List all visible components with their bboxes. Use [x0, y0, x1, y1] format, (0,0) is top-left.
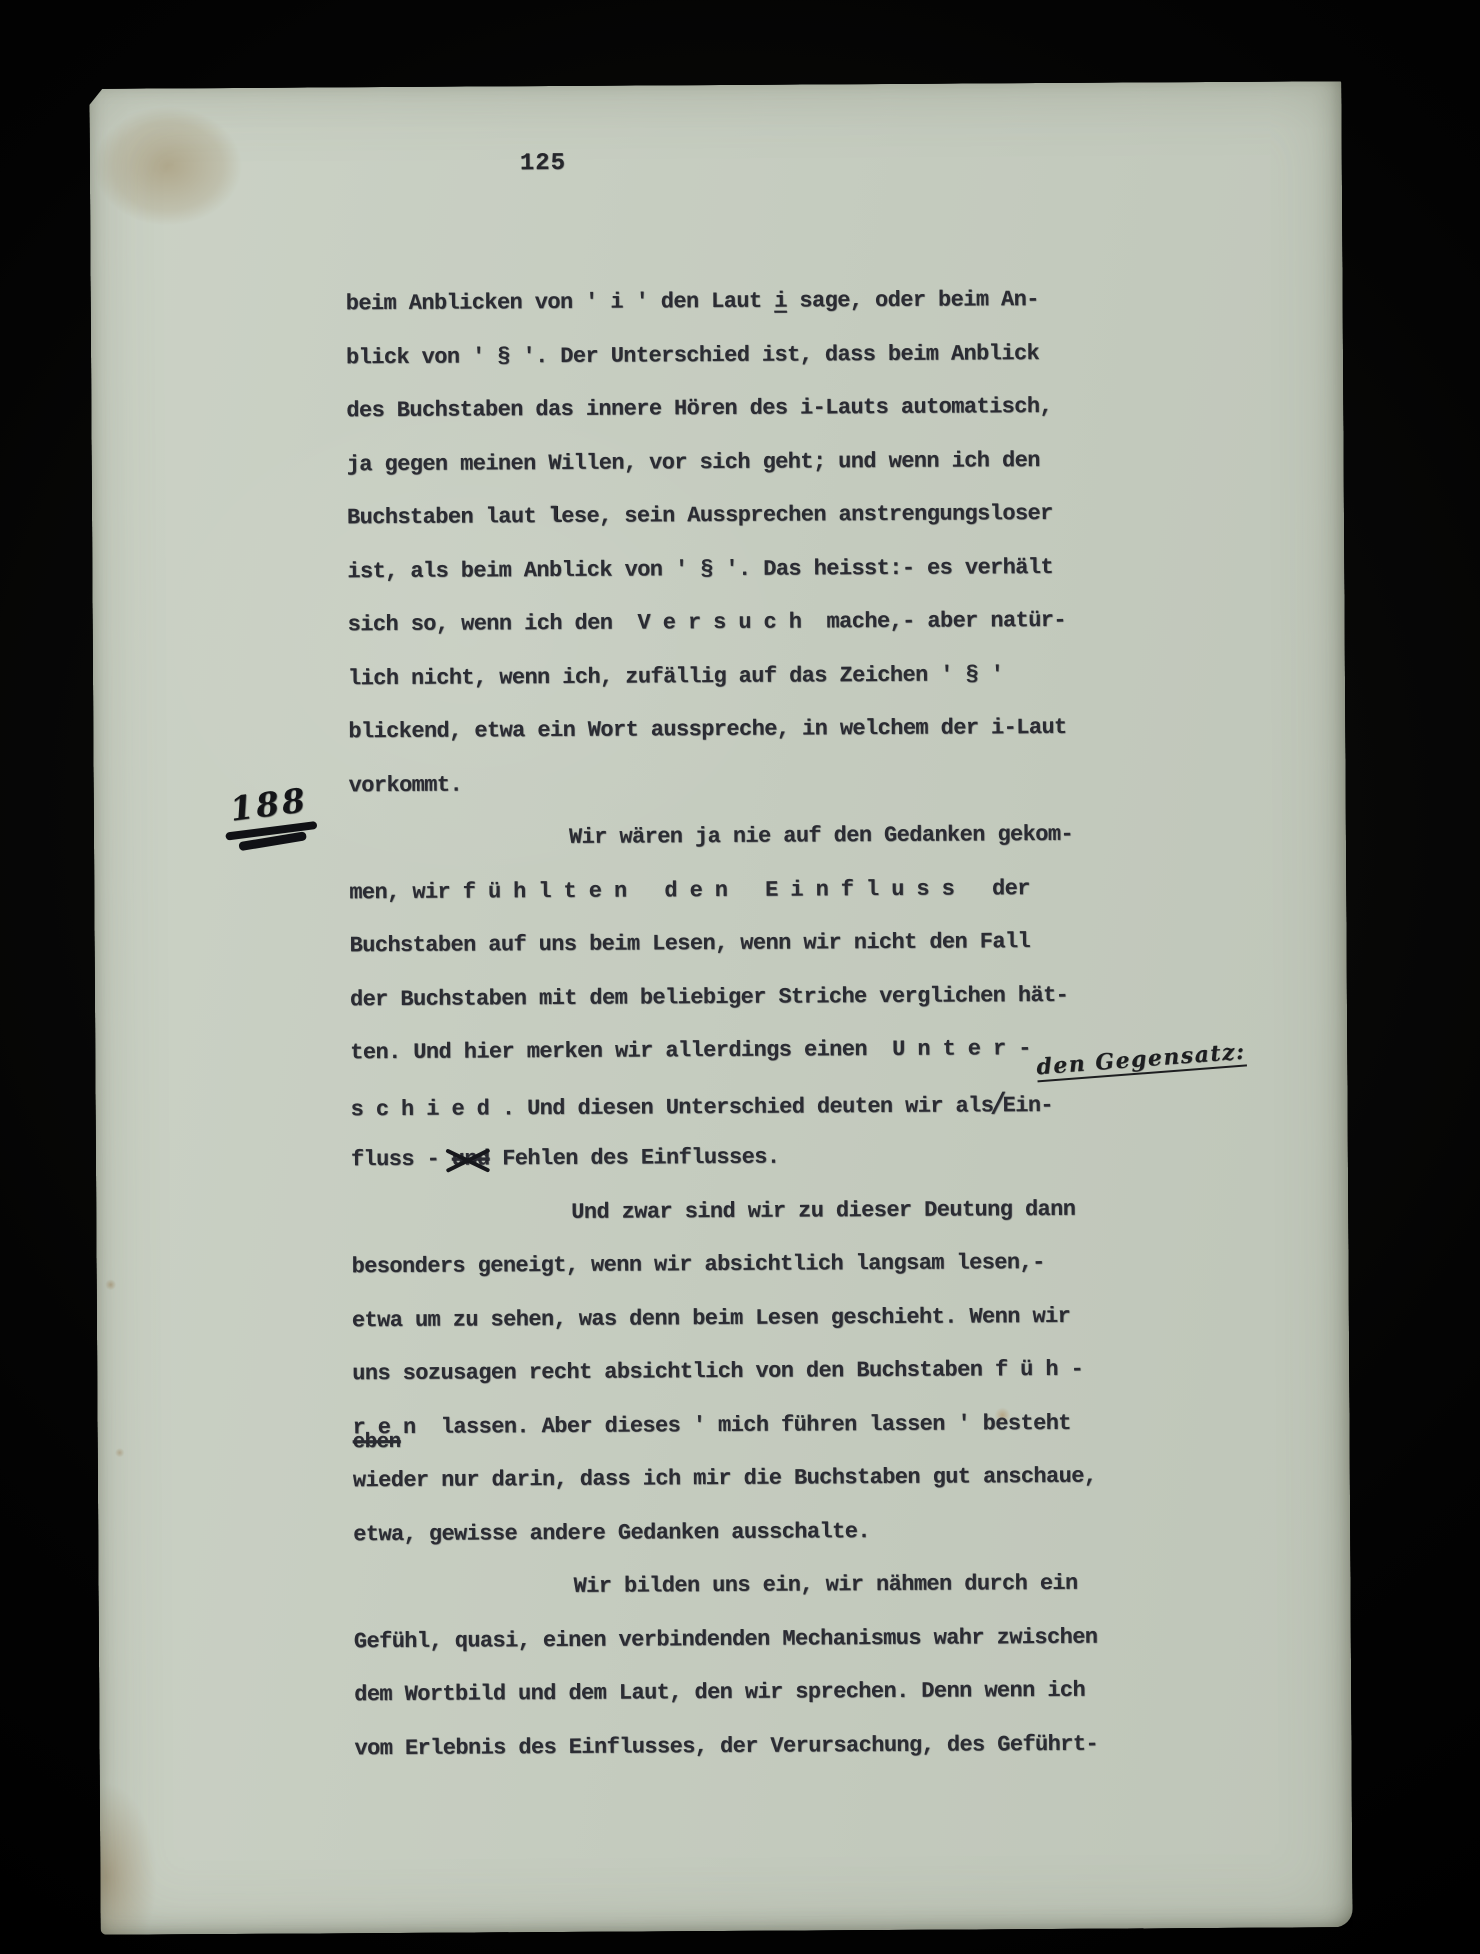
typed-line: blick von ' § '. Der Unterschied ist, da… — [346, 326, 1156, 384]
typed-segment: beim Anblicken von ' i ' den Laut — [346, 289, 775, 317]
typed-line: blickend, etwa ein Wort ausspreche, in w… — [348, 700, 1158, 758]
typed-segment: Und zwar sind wir zu dieser Deutung dann — [571, 1196, 1075, 1224]
typed-segment: der Buchstaben mit dem beliebiger Strich… — [350, 982, 1068, 1011]
typed-segment: blickend, etwa ein Wort ausspreche, in w… — [348, 715, 1066, 744]
typed-segment: fluss - — [351, 1147, 452, 1173]
typed-segment: Wir wären ja nie auf den Gedanken gekom- — [569, 822, 1073, 850]
typed-segment-st: eben — [353, 1431, 401, 1454]
typed-line: Gefühl, quasi, einen verbindenden Mechan… — [354, 1610, 1164, 1668]
typed-segment: vom Erlebnis des Einflusses, der Verursa… — [354, 1731, 1098, 1761]
typed-segment: sage, oder beim An- — [787, 287, 1039, 314]
typed-segment: sich so, wenn ich den V e r s u c h mach… — [348, 608, 1066, 637]
typed-segment: Wir bilden uns ein, wir nähmen durch ein — [573, 1571, 1077, 1599]
typed-segment: blick von ' § '. Der Unterschied ist, da… — [346, 341, 1039, 370]
typed-text: beim Anblicken von ' i ' den Laut i sage… — [346, 272, 1165, 1775]
typed-line: fluss - und Fehlen des Einflusses. — [351, 1128, 1161, 1186]
typed-line: Wir bilden uns ein, wir nähmen durch ein — [353, 1556, 1163, 1614]
typed-segment: Gefühl, quasi, einen verbindenden Mechan… — [354, 1624, 1098, 1654]
page-number: 125 — [520, 152, 566, 176]
typed-segment-u: i — [774, 289, 787, 314]
typed-segment: lich nicht, wenn ich, zufällig auf das Z… — [348, 662, 1003, 691]
typed-line: Wir wären ja nie auf den Gedanken gekom- — [349, 807, 1159, 865]
typed-line: der Buchstaben mit dem beliebiger Strich… — [350, 968, 1160, 1026]
typed-segment: besonders geneigt, wenn wir absichtlich … — [351, 1250, 1044, 1279]
typed-line: Buchstaben laut lese, sein Aussprechen a… — [347, 486, 1157, 544]
typed-line: ja gegen meinen Willen, vor sich geht; u… — [347, 433, 1157, 491]
typed-line: uns sozusagen recht absichtlich von den … — [352, 1342, 1162, 1400]
typed-line: des Buchstaben das innere Hören des i-La… — [346, 379, 1156, 437]
typed-segment: etwa um zu sehen, was denn beim Lesen ge… — [352, 1303, 1070, 1332]
typed-line: r e n lassen. Aber dieses ' mich führen … — [352, 1396, 1162, 1454]
typed-segment: ist, als beim Anblick von ' § '. Das hei… — [347, 554, 1053, 583]
typed-line: sich so, wenn ich den V e r s u c h mach… — [347, 593, 1157, 651]
typed-segment: Fehlen des Einflusses. — [489, 1145, 779, 1172]
typed-line: Buchstaben auf uns beim Lesen, wenn wir … — [349, 914, 1159, 972]
typed-line: men, wir f ü h l t e n d e n E i n f l u… — [349, 861, 1159, 919]
typed-segment: dem Wortbild und dem Laut, den wir sprec… — [354, 1678, 1085, 1707]
typed-segment-hand: / — [993, 1087, 1002, 1118]
margin-note: 188 — [212, 781, 329, 858]
typed-line: Und zwar sind wir zu dieser Deutung dann — [351, 1182, 1161, 1240]
typed-line: besonders geneigt, wenn wir absichtlich … — [351, 1235, 1161, 1293]
typed-segment-x: und — [452, 1146, 490, 1171]
typed-segment: vorkommt. — [349, 772, 463, 798]
manuscript-page: 125 188 beim Anblicken von ' i ' den Lau… — [89, 81, 1352, 1935]
typed-segment: ese, sein Aussprechen anstrengungsloser — [561, 501, 1053, 529]
typed-segment: ten. Und hier merken wir allerdings eine… — [350, 1036, 1031, 1065]
typed-segment: r e n lassen. Aber dieses ' mich führen … — [352, 1410, 1070, 1439]
typed-segment: ja gegen meinen Willen, vor sich geht; u… — [347, 448, 1040, 477]
typed-segment: Buchstaben auf uns beim Lesen, wenn wir … — [350, 929, 1031, 958]
typed-segment: Buchstaben laut — [347, 504, 549, 530]
typed-line: etwa um zu sehen, was denn beim Lesen ge… — [352, 1289, 1162, 1347]
typed-line: vorkommt. — [348, 754, 1158, 812]
typed-line: lich nicht, wenn ich, zufällig auf das Z… — [348, 647, 1158, 705]
typed-line: s c h i e d . Und diesen Unterschied deu… — [350, 1075, 1160, 1133]
typed-segment: uns sozusagen recht absichtlich von den … — [352, 1357, 1083, 1386]
typed-segment: s c h i e d . Und diesen Unterschied deu… — [351, 1093, 994, 1122]
typed-line: etwa, gewisse andere Gedanken ausschalte… — [353, 1503, 1163, 1561]
typed-segment-b: l — [549, 504, 562, 529]
typed-segment: Ein- — [1003, 1092, 1054, 1117]
typed-line: vom Erlebnis des Einflusses, der Verursa… — [354, 1717, 1164, 1775]
typed-segment: etwa, gewisse andere Gedanken ausschalte… — [353, 1519, 870, 1547]
typed-segment: des Buchstaben das innere Hören des i-La… — [346, 394, 1052, 423]
typed-segment: wieder nur darin, dass ich mir die Buchs… — [353, 1464, 1097, 1494]
typed-line: wieder nur darin, dass ich mir die Buchs… — [353, 1449, 1163, 1507]
typed-segment: men, wir f ü h l t e n d e n E i n f l u… — [349, 876, 1030, 905]
typed-line: dem Wortbild und dem Laut, den wir sprec… — [354, 1663, 1164, 1721]
typed-line: beim Anblicken von ' i ' den Laut i sage… — [346, 272, 1156, 330]
typed-line: ist, als beim Anblick von ' § '. Das hei… — [347, 540, 1157, 598]
